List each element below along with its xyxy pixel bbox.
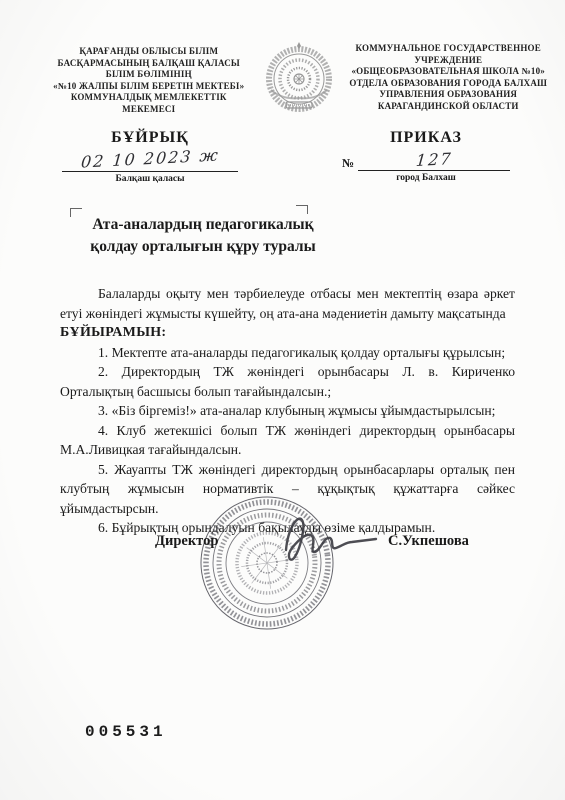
order-item: 3. «Біз біргеміз!» ата-аналар клубының ж… <box>60 401 515 421</box>
order-item: 1. Мектепте ата-аналарды педагогикалық қ… <box>60 343 515 363</box>
handwritten-number: 127 <box>415 149 453 170</box>
number-sign: № <box>342 156 358 171</box>
place-kazakh: Балқаш қаласы <box>62 174 238 184</box>
order-item: 4. Клуб жетекшісі болып ТЖ жөніндегі дир… <box>60 421 515 460</box>
intro-paragraph: Балаларды оқыту мен тәрбиелеуде отбасы м… <box>60 284 515 323</box>
place-russian: город Балхаш <box>342 173 510 183</box>
handwritten-signature <box>272 506 390 568</box>
kazakhstan-coat-of-arms-icon <box>259 38 339 118</box>
order-item: 2. Директордың ТЖ жөніндегі орынбасары Л… <box>60 362 515 401</box>
order-subject: Ата-аналардың педагогикалық қолдау ортал… <box>84 214 322 258</box>
date-line: 02 10 2023 ж <box>62 149 238 172</box>
number-line: № 127 <box>342 149 510 171</box>
crop-mark-right <box>296 205 308 214</box>
org-line: КОММУНАЛДЫҚ МЕМЛЕКЕТТІК <box>40 92 258 104</box>
signatory-role: Директор <box>155 533 218 550</box>
org-line: ҚАРАҒАНДЫ ОБЛЫСЫ БІЛІМ <box>40 46 258 58</box>
organization-name-kazakh: ҚАРАҒАНДЫ ОБЛЫСЫ БІЛІМБАСҚАРМАСЫНЫҢ БАЛҚ… <box>40 38 258 115</box>
order-block-kazakh: БҰЙРЫҚ 02 10 2023 ж Балқаш қаласы <box>62 129 238 184</box>
crop-mark-left <box>70 208 82 217</box>
org-line: КОММУНАЛЬНОЕ ГОСУДАРСТВЕННОЕ <box>340 43 558 55</box>
org-line: УПРАВЛЕНИЯ ОБРАЗОВАНИЯ <box>340 89 558 101</box>
organization-name-russian: КОММУНАЛЬНОЕ ГОСУДАРСТВЕННОЕУЧРЕЖДЕНИЕ«О… <box>340 38 558 112</box>
subject-line-2: қолдау орталығын құру туралы <box>84 236 322 258</box>
org-line: «ОБЩЕОБРАЗОВАТЕЛЬНАЯ ШКОЛА №10» <box>340 66 558 78</box>
order-word-kazakh: БҰЙРЫҚ <box>62 129 238 147</box>
scanned-order-document: ҚАРАҒАНДЫ ОБЛЫСЫ БІЛІМБАСҚАРМАСЫНЫҢ БАЛҚ… <box>0 0 565 800</box>
decree-word: БҰЙЫРАМЫН: <box>60 323 515 343</box>
handwritten-date: 02 10 2023 ж <box>80 145 220 171</box>
org-line: БІЛІМ БӨЛІМІНІҢ <box>40 69 258 81</box>
order-word-russian: ПРИКАЗ <box>342 129 510 147</box>
org-line: УЧРЕЖДЕНИЕ <box>340 55 558 67</box>
number-underline: 127 <box>358 150 510 171</box>
org-line: БАСҚАРМАСЫНЫҢ БАЛҚАШ ҚАЛАСЫ <box>40 58 258 70</box>
emblem-wrap <box>258 38 340 118</box>
org-line: «№10 ЖАЛПЫ БІЛІМ БЕРЕТІН МЕКТЕБІ» <box>40 81 258 93</box>
signatory-name: С.Укпешова <box>388 533 469 550</box>
org-line: КАРАГАНДИНСКОЙ ОБЛАСТИ <box>340 101 558 113</box>
letterhead: ҚАРАҒАНДЫ ОБЛЫСЫ БІЛІМБАСҚАРМАСЫНЫҢ БАЛҚ… <box>40 38 557 118</box>
org-line: ОТДЕЛА ОБРАЗОВАНИЯ ГОРОДА БАЛХАШ <box>340 78 558 90</box>
org-line: МЕКЕМЕСІ <box>40 104 258 116</box>
subject-line-1: Ата-аналардың педагогикалық <box>84 214 322 236</box>
order-block-russian: ПРИКАЗ № 127 город Балхаш <box>342 129 510 183</box>
document-serial-number: 005531 <box>85 723 167 741</box>
